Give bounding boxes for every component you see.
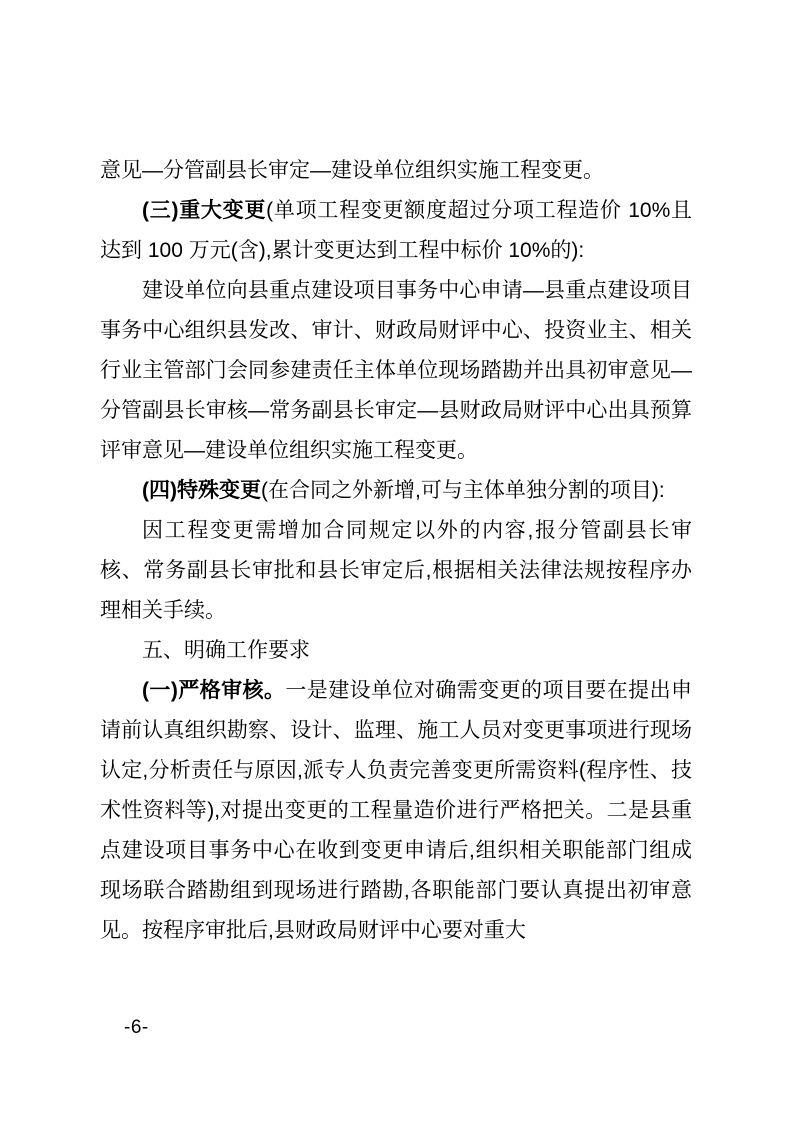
paragraph-text: 一是建设单位对确需变更的项目要在提出申请前认真组织勘察、设计、监理、施工人员对变… [100,679,692,942]
document-body: 意见—分管副县长审定—建设单位组织实施工程变更。 (三)重大变更(单项工程变更额… [100,151,692,951]
paragraph-special-change: (四)特殊变更(在合同之外新增,可与主体单独分割的项目): [100,471,692,511]
heading-section-five: 五、明确工作要求 [100,631,692,671]
paragraph-special-change-procedure: 因工程变更需增加合同规定以外的内容,报分管副县长审核、常务副县长审批和县长审定后… [100,511,692,631]
paragraph-text: 因工程变更需增加合同规定以外的内容,报分管副县长审核、常务副县长审批和县长审定后… [100,519,692,622]
heading-special-change: (四)特殊变更 [142,479,261,502]
paragraph-text: 五、明确工作要求 [142,639,310,662]
paragraph-strict-review: (一)严格审核。一是建设单位对确需变更的项目要在提出申请前认真组织勘察、设计、监… [100,671,692,951]
paragraph-text: 建设单位向县重点建设项目事务中心申请—县重点建设项目事务中心组织县发改、审计、财… [100,279,692,462]
paragraph-major-change-procedure: 建设单位向县重点建设项目事务中心申请—县重点建设项目事务中心组织县发改、审计、财… [100,271,692,471]
paragraph-text: 意见—分管副县长审定—建设单位组织实施工程变更。 [100,159,604,182]
heading-major-change: (三)重大变更 [142,199,266,222]
paragraph-major-change: (三)重大变更(单项工程变更额度超过分项工程造价 10%且达到 100 万元(含… [100,191,692,271]
paragraph-flow-continuation: 意见—分管副县长审定—建设单位组织实施工程变更。 [100,151,692,191]
paragraph-text: (在合同之外新增,可与主体单独分割的项目): [261,479,665,502]
page-number: -6- [124,1016,149,1040]
heading-strict-review: (一)严格审核。 [142,679,285,702]
document-page: 意见—分管副县长审定—建设单位组织实施工程变更。 (三)重大变更(单项工程变更额… [0,0,793,1122]
